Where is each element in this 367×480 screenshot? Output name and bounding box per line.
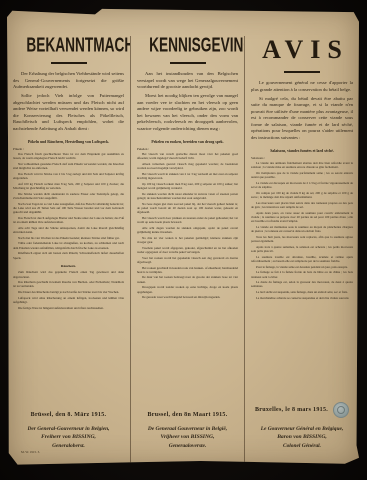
paragraph: La viande est maintenue sous la saumure … (251, 225, 353, 234)
lead-label-german: Pökeln : (13, 147, 124, 151)
paragraph: La durée du fumage est, selon la grosseu… (251, 280, 353, 289)
section-heading-german: Pökeln und Räuchern, Herstellung von Luf… (13, 140, 124, 144)
paragraph: Das Räuchern geschieht in kaltem Rauche … (13, 280, 124, 289)
paragraph: Alle acht dagen worden de stukken omgepa… (137, 226, 238, 235)
paragraph: Troebele pekel wordt afgegoten, gekookt,… (137, 246, 238, 255)
body-text-french: La viande des animaux fraîchement abattu… (251, 161, 353, 264)
paragraph: Droogspek wordt zonder rooken op eene lu… (137, 285, 238, 294)
signature-rank: Generaloberst. (13, 442, 124, 450)
paragraph: Der Erhaltung der belgischen Viehbeständ… (13, 71, 124, 91)
paragraph: Trübe oder fadenziehende Lake ist abzugi… (13, 241, 124, 250)
date-dutch: Brussel, den 8n Maart 1915. (147, 412, 227, 418)
date-row-dutch: Brussel, den 8n Maart 1915. (137, 412, 238, 418)
paragraph: Alleen volkomen gezond vleesch mag gepek… (137, 162, 238, 171)
signature-name: Baron von BISSING, (251, 433, 353, 442)
paragraph: Die Dauer des Räucherns beträgt je nach … (13, 290, 124, 294)
body-text-french-2: Pour le fumage, la viande salée est dess… (251, 265, 353, 302)
paragraph: Na twee dagen giet men zooveel pekel bij… (137, 202, 238, 215)
column-german: BEKANNTMACHUNG Der Erhaltung der belgisc… (7, 36, 130, 466)
paragraph: De stukken worden dicht naast elkander i… (137, 192, 238, 201)
signature-title: Le Gouverneur Général en Belgique, (251, 425, 353, 433)
date-row-german: Brüssel, den 8. März 1915. (13, 412, 124, 418)
paragraph: De gereede waar wordt hangend bewaard en… (137, 295, 238, 299)
paragraph: La viande des animaux fraîchement abattu… (251, 161, 353, 170)
paragraph: La marchandise achevée se conserve suspe… (251, 296, 353, 300)
paragraph: Après trois à quatre semaines, la salais… (251, 245, 353, 254)
date-french: Bruxelles, le 8 mars 1915. (255, 407, 328, 413)
body-text-dutch: Het vleesch van versch geslachte dieren … (137, 152, 238, 255)
signature-dutch: De Generaal Gouverneur in België, Vrijhe… (137, 425, 238, 450)
signature-rank: Generaaloverste. (137, 442, 238, 450)
printer-imprint: M. W. 1915. 3. (21, 450, 40, 454)
body-text-dutch-2: Voor het rooken wordt het gepekelde vlee… (137, 256, 238, 301)
paragraph: Pour le fumage, la viande salée est dess… (251, 265, 353, 269)
paragraph: La saumure trouble est décantée, bouilli… (251, 255, 353, 264)
paragraph: De duur van het rooken bedraagt naar de … (137, 275, 238, 284)
paragraph: Rindfleisch eignet sich am besten zum Pö… (13, 251, 124, 260)
paragraph: On n'emploiera que de la viande parfaite… (251, 171, 353, 180)
heading-rule-dutch (170, 62, 206, 64)
paragraph: Op 100 kg vleesch rekent men 8 kg zout, … (137, 182, 238, 191)
body-text-german-2: Zum Räuchern wird das gepökelte Fleisch … (13, 270, 124, 311)
section-heading-dutch: Pekelen en rooken, bereiden van droog sp… (137, 140, 238, 144)
section-heading-french: Salaisons, viandes fumées et lard séché. (251, 149, 353, 153)
poster-paper: BEKANNTMACHUNG Der Erhaltung der belgisc… (7, 8, 359, 466)
heading-french: AVIS (251, 37, 353, 63)
footer-dutch: Brussel, den 8n Maart 1915. De Generaal … (137, 412, 238, 450)
paragraph: Voor het rooken wordt het gepekelde vlee… (137, 256, 238, 265)
paragraph: Die fertige Ware ist hängend aufzubewahr… (13, 306, 124, 310)
paragraph: Na drie tot vier weken is het pekelen ge… (137, 236, 238, 245)
paragraph: Aan het instandhouden van den Belgischen… (137, 71, 238, 91)
paragraph: La viande est découpée en morceaux de 2 … (251, 181, 353, 190)
lead-label-french: Salaisons : (251, 156, 353, 160)
paragraph: Moest het noodig blijken ten gevolge van… (137, 93, 238, 132)
paragraph: Auf 100 kg Fleisch rechnet man 8 kg Salz… (13, 182, 124, 191)
columns-container: BEKANNTMACHUNG Der Erhaltung der belgisc… (7, 8, 359, 466)
paragraph: Die Stücke werden dicht aneinander in sa… (13, 192, 124, 201)
lead-label-dutch: Pekelen : (137, 147, 238, 151)
paragraph: Le lard séché est suspendu, sans fumage,… (251, 290, 353, 294)
paragraph: Le fumage se fait à la fumée froide de b… (251, 270, 353, 279)
paragraph: Les morceaux sont placés bien serrés dan… (251, 201, 353, 210)
signature-german: Der General-Gouverneur in Belgien, Freih… (13, 425, 124, 450)
heading-rule-french (284, 71, 320, 73)
paragraph: Après deux jours, on verse assez de saum… (251, 211, 353, 224)
date-german: Brüssel, den 8. März 1915. (31, 412, 107, 418)
body-text-german: Das Fleisch frisch geschlachteter Tiere … (13, 152, 124, 261)
footer-german: Brüssel, den 8. März 1915. Der General-G… (13, 412, 124, 450)
intro-german: Der Erhaltung der belgischen Viehbeständ… (13, 71, 124, 135)
paragraph: Das Fleisch frisch geschlachteter Tiere … (13, 152, 124, 161)
paragraph: Het vleesch wordt in stukken van 2 tot 3… (137, 172, 238, 181)
paragraph: On compte par 100 kg de viande 8 kg de s… (251, 191, 353, 200)
paragraph: Si malgré cela, du bétail devait être ab… (251, 96, 353, 142)
paragraph: Alle acht Tage sind die Stücke umzupacke… (13, 226, 124, 235)
paragraph: Sollte jedoch Vieh infolge von Futterman… (13, 93, 124, 132)
paragraph: Nur vollkommen gesundes Fleisch darf zum… (13, 162, 124, 171)
intro-french: Le gouvernement général ne cesse d'appor… (251, 80, 353, 144)
paragraph: Nach zwei Tagen ist so viel Lake zuzugie… (13, 202, 124, 215)
heading-german: BEKANNTMACHUNG (26, 36, 110, 55)
signature-title: Der General-Gouverneur in Belgien, (13, 425, 124, 433)
official-seal-stamp (333, 402, 349, 418)
signature-rank: Colonel Général. (251, 442, 353, 450)
column-french: AVIS Le gouvernement général ne cesse d'… (244, 36, 359, 466)
signature-name: Vrijheer von BISSING, (137, 433, 238, 442)
subheading-german: Räuchern. (13, 264, 124, 268)
photo-backdrop: BEKANNTMACHUNG Der Erhaltung der belgisc… (0, 0, 367, 480)
paragraph: Zum Räuchern wird das gepökelte Fleisch … (13, 270, 124, 279)
paragraph: Tous les huit jours, les morceaux sont r… (251, 235, 353, 244)
date-row-french: Bruxelles, le 8 mars 1915. (251, 402, 353, 418)
heading-dutch: KENNISGEVING (149, 36, 226, 55)
signature-name: Freiherr von BISSING, (13, 433, 124, 442)
paragraph: Das Fleisch ist durch aufgelegte Bretter… (13, 216, 124, 225)
column-dutch: KENNISGEVING Aan het instandhouden van d… (130, 36, 244, 466)
paragraph: Het rooken geschiedt in kouden rook van … (137, 266, 238, 275)
footer-french: Bruxelles, le 8 mars 1915. Le Gouverneur… (251, 402, 353, 450)
paragraph: Luftspeck wird ohne Räucherung an einem … (13, 296, 124, 305)
signature-title: De Generaal Gouverneur in België, (137, 425, 238, 433)
intro-dutch: Aan het instandhouden van den Belgischen… (137, 71, 238, 135)
signature-french: Le Gouverneur Général en Belgique, Baron… (251, 425, 353, 450)
paragraph: Nach drei bis vier Wochen ist das Pökeln… (13, 236, 124, 240)
paragraph: Het vleesch wordt door planken en steene… (137, 216, 238, 225)
paragraph: Le gouvernement général ne cesse d'appor… (251, 80, 353, 93)
heading-rule-german (51, 62, 87, 64)
paragraph: Het vleesch van versch geslachte dieren … (137, 152, 238, 161)
paragraph: Das Fleisch wird in Stücke von 2 bis 3 k… (13, 172, 124, 181)
